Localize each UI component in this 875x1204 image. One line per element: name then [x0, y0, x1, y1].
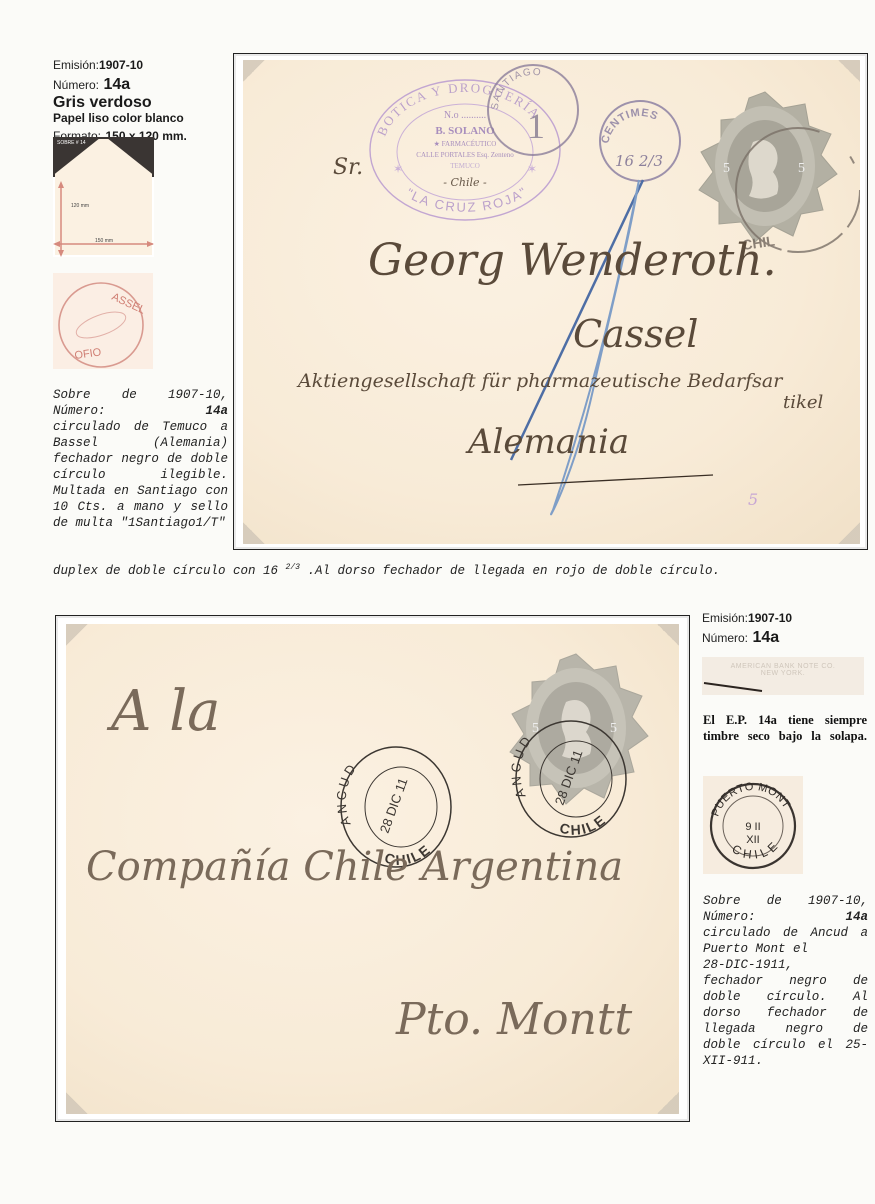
emboss-thumbnail: AMERICAN BANK NOTE CO. NEW YORK. — [702, 657, 864, 695]
svg-text:CALLE PORTALES Esq. Zenteno: CALLE PORTALES Esq. Zenteno — [416, 151, 514, 159]
svg-text:5: 5 — [748, 490, 758, 509]
item2-header: Emisión:1907-10 Número: 14a — [702, 608, 872, 648]
svg-text:ASSEL: ASSEL — [110, 291, 147, 317]
svg-text:5: 5 — [723, 161, 730, 176]
centimes-stamp: CENTIMES 16 2/3 — [599, 101, 680, 181]
svg-text:9 II: 9 II — [745, 821, 760, 833]
desc-numero-label: Número: — [53, 403, 106, 419]
svg-text:1: 1 — [527, 106, 545, 146]
height-label: 120 mm — [71, 203, 89, 209]
desc-body2: fechador negro de doble círculo. Al dors… — [703, 973, 868, 1069]
numero-value: 14a — [103, 76, 130, 93]
numero-label: Número: — [702, 631, 748, 645]
envelope-1-markings: BOTICA Y DROGUERÍA "LA CRUZ ROJA" N.o ..… — [243, 60, 860, 544]
svg-text:16 2/3: 16 2/3 — [615, 152, 663, 170]
width-label: 150 mm — [95, 238, 113, 244]
desc-line1: Sobre de 1907-10, — [703, 893, 868, 909]
svg-text:OFIO: OFIO — [74, 346, 103, 362]
address-line3: Pto. Montt — [396, 994, 632, 1045]
address-line1: A la — [111, 679, 221, 744]
item1-description-continuation: duplex de doble círculo con 16 2/3 .Al d… — [53, 563, 720, 578]
envelope-2-frame: 5 5 ANCUD 28 DIC 11 CHILE ANCUD 28 DIC 1… — [55, 615, 690, 1122]
desc-numero-value: 14a — [845, 909, 868, 925]
address-line2: Compañía Chile Argentina — [86, 844, 623, 890]
envelope-1-frame: BOTICA Y DROGUERÍA "LA CRUZ ROJA" N.o ..… — [233, 53, 868, 550]
address-country: Alemania — [468, 422, 629, 462]
item1-description: Sobre de 1907-10, Número: 14a circulado … — [53, 387, 228, 531]
emision-label: Emisión: — [53, 58, 99, 72]
desc-date: 28-DIC-1911, — [703, 957, 868, 973]
numero-label: Número: — [53, 78, 99, 92]
svg-text:✶: ✶ — [393, 162, 403, 176]
tax-stamp: SANTIAGO 1 — [488, 65, 578, 155]
svg-text:ANCUD: ANCUD — [334, 759, 361, 828]
item1-header: Emisión:1907-10 Número: 14a Gris verdoso… — [53, 55, 233, 146]
black-postmark-icon: PUERTO MONT 9 II XII CHILE — [703, 776, 803, 874]
sender-oval-stamp: BOTICA Y DROGUERÍA "LA CRUZ ROJA" N.o ..… — [370, 80, 560, 220]
item2-description: Sobre de 1907-10, Número: 14a circulado … — [703, 893, 868, 1069]
svg-text:28 DIC 11: 28 DIC 11 — [377, 776, 411, 835]
emboss-note: El E.P. 14a tiene siempre timbre seco ba… — [703, 712, 867, 744]
address-salutation: Sr. — [333, 155, 363, 180]
emision-value: 1907-10 — [748, 611, 792, 625]
numero-value: 14a — [752, 629, 779, 646]
emision-value: 1907-10 — [99, 58, 143, 72]
backstamp-thumbnail: ASSEL OFIO — [53, 273, 153, 369]
svg-text:XII: XII — [746, 834, 759, 846]
svg-text:- Chile -: - Chile - — [443, 176, 487, 189]
svg-text:✶: ✶ — [527, 162, 537, 176]
envelope-1: BOTICA Y DROGUERÍA "LA CRUZ ROJA" N.o ..… — [243, 60, 860, 544]
paper-type: Papel liso color blanco — [53, 111, 233, 126]
red-postmark-icon: ASSEL OFIO — [53, 273, 153, 369]
address-city: Cassel — [573, 312, 698, 356]
address-company-cont: tikel — [783, 392, 823, 413]
color-name: Gris verdoso — [53, 95, 233, 111]
emision-label: Emisión: — [702, 611, 748, 625]
svg-text:TEMUCO: TEMUCO — [450, 162, 480, 170]
country-underline — [518, 475, 713, 485]
svg-text:★ FARMACÉUTICO: ★ FARMACÉUTICO — [434, 140, 497, 148]
indicium-5-centavos: 5 5 — [699, 92, 837, 242]
svg-text:N.o ..........: N.o .......... — [444, 110, 486, 121]
envelope-2: 5 5 ANCUD 28 DIC 11 CHILE ANCUD 28 DIC 1… — [66, 624, 679, 1114]
svg-text:CENTIMES: CENTIMES — [599, 107, 660, 145]
indicium-5-centavos: 5 5 — [510, 654, 648, 804]
puerto-mont-backstamp-thumbnail: PUERTO MONT 9 II XII CHILE — [703, 776, 803, 874]
svg-text:5: 5 — [798, 161, 805, 176]
desc-line1: Sobre de 1907-10, — [53, 387, 228, 403]
address-name: Georg Wenderoth. — [368, 235, 777, 286]
svg-text:B. SOLANO: B. SOLANO — [435, 125, 495, 137]
format-diagram: SOBRE # 14 120 mm 150 mm — [53, 137, 154, 257]
desc-numero-label: Número: — [703, 909, 756, 925]
svg-text:5: 5 — [610, 721, 617, 736]
desc-body1: circulado de Ancud a Puerto Mont el — [703, 925, 868, 957]
desc-numero-value: 14a — [205, 403, 228, 419]
address-company: Aktiengesellschaft für pharmazeutische B… — [298, 370, 782, 392]
desc-body: circulado de Temuco a Bassel (Alemania) … — [53, 419, 228, 531]
